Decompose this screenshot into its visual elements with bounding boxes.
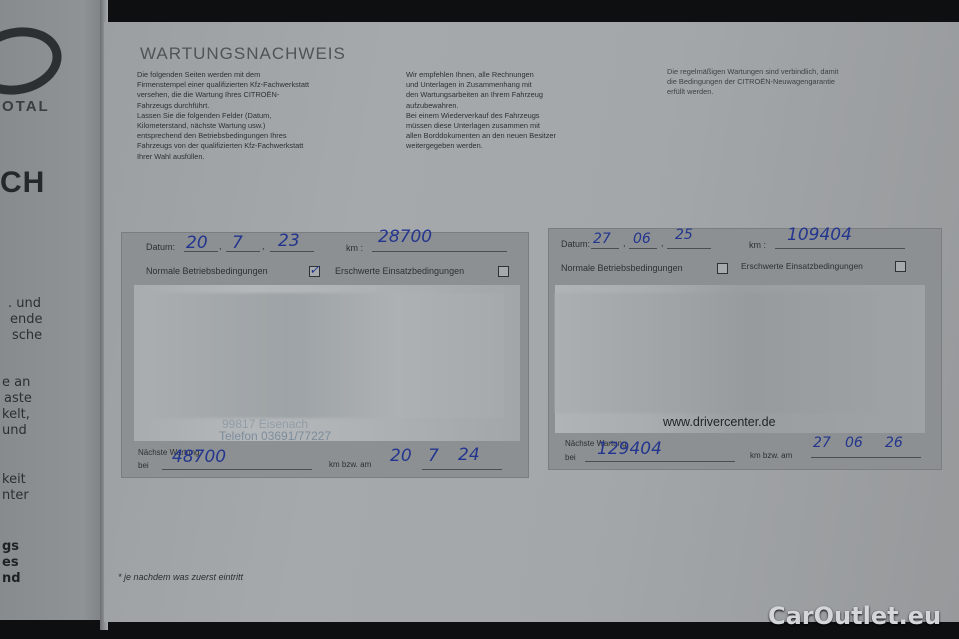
next-date-year-value: 24: [458, 445, 480, 465]
document-title: WARTUNGSNACHWEIS: [140, 44, 346, 64]
date-day-value: 27: [593, 231, 611, 247]
left-text-fragment: gs: [2, 539, 19, 555]
date-month-value: 06: [633, 231, 651, 247]
workshop-stamp-area: 99817 Eisenach Telefon 03691/77227: [134, 285, 520, 441]
left-text-fragment: nd: [2, 571, 21, 587]
workshop-stamp-area: www.drivercenter.de: [555, 285, 925, 433]
left-text-fragment: keit: [2, 472, 26, 488]
km-or-date-label: km bzw. am: [750, 451, 792, 460]
normal-conditions-checkbox[interactable]: [717, 263, 728, 274]
date-label: Datum:: [146, 242, 175, 252]
stamp-website: www.drivercenter.de: [663, 415, 776, 429]
left-heading-fragment: CH: [0, 166, 45, 200]
intro-column-3: Die regelmäßigen Wartungen sind verbindl…: [667, 67, 937, 98]
watermark: CarOutlet.eu: [768, 602, 941, 630]
date-month-value: 7: [232, 233, 243, 253]
intro-line: Kilometerstand, nächste Wartung usw.): [137, 121, 397, 131]
next-date-month-value: 06: [845, 435, 863, 451]
severe-conditions-label: Erschwerte Einsatzbedingungen: [335, 266, 464, 276]
redacted-region: [555, 293, 879, 413]
date-day-value: 20: [186, 233, 208, 253]
redacted-region: [149, 293, 504, 418]
intro-line: Fahrzeugs von der qualifizierten Kfz-Fac…: [137, 141, 397, 151]
km-label: km :: [749, 240, 766, 250]
left-text-fragment: . und: [8, 296, 41, 312]
stamp-phone: Telefon 03691/77227: [219, 429, 331, 443]
km-or-date-label: km bzw. am: [329, 460, 371, 469]
service-entry-card-2: Datum: 27 , 06 , 25 km : 109404 Normale …: [548, 228, 942, 470]
next-service-at-label: bei: [565, 453, 576, 462]
next-km-value: 129404: [597, 439, 662, 459]
km-label: km :: [346, 243, 363, 253]
date-year-value: 23: [278, 231, 300, 251]
next-date-month-value: 7: [428, 446, 439, 466]
left-page: OTAL CH . und ende sche e an aste kelt, …: [0, 0, 104, 620]
left-text-fragment: es: [2, 555, 19, 571]
intro-line: die Bedingungen der CITROËN-Neuwagengara…: [667, 77, 937, 87]
footnote: * je nachdem was zuerst eintritt: [118, 572, 243, 582]
severe-conditions-label: Erschwerte Einsatzbedingungen: [741, 261, 863, 271]
intro-line: Wir empfehlen Ihnen, alle Rechnungen: [406, 70, 646, 80]
service-entry-card-1: Datum: 20 , 7 , 23 km : 28700 Normale Be…: [121, 232, 529, 478]
next-date-day-value: 20: [390, 446, 412, 466]
checkmark-icon: ✓: [309, 262, 320, 278]
intro-line: erfüllt werden.: [667, 87, 937, 97]
intro-line: Firmenstempel einer qualifizierten Kfz-F…: [137, 80, 397, 90]
date-label: Datum:: [561, 239, 590, 249]
intro-line: entsprechend den Betriebsbedingungen Ihr…: [137, 131, 397, 141]
next-km-value: 48700: [172, 447, 226, 467]
intro-column-2: Wir empfehlen Ihnen, alle Rechnungen und…: [406, 70, 646, 152]
intro-line: aufzubewahren.: [406, 101, 646, 111]
intro-line: den Wartungsarbeiten an Ihrem Fahrzeug: [406, 90, 646, 100]
km-value: 28700: [378, 227, 432, 247]
normal-conditions-label: Normale Betriebsbedingungen: [561, 263, 683, 273]
left-text-fragment: e an: [2, 375, 30, 391]
intro-line: und Unterlagen in Zusammenhang mit: [406, 80, 646, 90]
intro-line: Lassen Sie die folgenden Felder (Datum,: [137, 111, 397, 121]
intro-line: Bei einem Wiederverkauf des Fahrzeugs: [406, 111, 646, 121]
normal-conditions-label: Normale Betriebsbedingungen: [146, 266, 268, 276]
brand-name: OTAL: [2, 98, 50, 115]
intro-line: müssen diese Unterlagen zusammen mit: [406, 121, 646, 131]
km-value: 109404: [787, 225, 852, 245]
next-date-day-value: 27: [813, 435, 831, 451]
intro-line: allen Borddokumenten an den neuen Besitz…: [406, 131, 646, 141]
intro-line: Die regelmäßigen Wartungen sind verbindl…: [667, 67, 937, 77]
severe-conditions-checkbox[interactable]: [498, 266, 509, 277]
left-text-fragment: sche: [12, 328, 42, 344]
intro-line: Ihrer Wahl ausfüllen.: [137, 152, 397, 162]
severe-conditions-checkbox[interactable]: [895, 261, 906, 272]
intro-line: versehen, die die Wartung Ihres CITROËN-: [137, 90, 397, 100]
next-service-at-label: bei: [138, 461, 149, 470]
next-date-year-value: 26: [885, 435, 903, 451]
left-text-fragment: ende: [10, 312, 43, 328]
left-text-fragment: und: [2, 423, 27, 439]
intro-column-1: Die folgenden Seiten werden mit dem Firm…: [137, 70, 397, 162]
left-text-fragment: aste: [4, 391, 32, 407]
left-text-fragment: kelt,: [2, 407, 30, 423]
date-year-value: 25: [675, 227, 693, 243]
intro-line: weitergegeben werden.: [406, 141, 646, 151]
normal-conditions-checkbox[interactable]: ✓: [309, 266, 320, 277]
intro-line: Die folgenden Seiten werden mit dem: [137, 70, 397, 80]
left-text-fragment: nter: [2, 488, 29, 504]
intro-line: Fahrzeugs durchführt.: [137, 101, 397, 111]
brand-logo-icon: [0, 19, 68, 102]
